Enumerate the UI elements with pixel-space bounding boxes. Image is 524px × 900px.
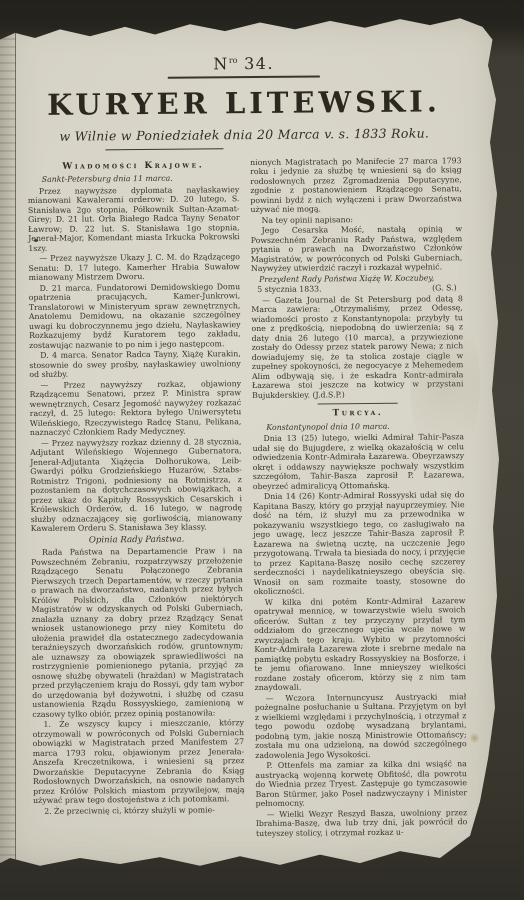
paragraph: P. Ottenfels ma zamiar za kilka dni wsią… [255, 760, 467, 809]
masthead-dateline: w Wilnie w Poniedziałek dnia 20 Marca v.… [27, 125, 461, 144]
newspaper-title: KURYER LITEWSKI. [27, 84, 461, 122]
article-columns: Wiadomości Krajowe.Sankt-Petersburg dnia… [28, 156, 468, 841]
row: 5 stycznia 1833.(G. S.) [251, 283, 463, 294]
rule [318, 403, 398, 406]
paragraph: — Przez naywyższy rozkaz, objawiony Rząd… [29, 379, 241, 438]
paragraph: W kilka dni potém Kontr-Admirał Łazarew … [254, 596, 466, 693]
age-stain [410, 304, 480, 464]
paragraph: Jego Cesarska Mość, nastałą opinią w Pow… [251, 224, 463, 273]
paragraph: — Przez naywyższy rozkaz dzienny d. 28 s… [30, 437, 242, 534]
paragraph: — Wczora Internuncyusz Austryacki miał p… [255, 692, 467, 760]
dateline-rule [106, 148, 224, 150]
right-column: nionych Magistratach po Manifecie 27 mar… [250, 156, 467, 840]
screenshot-root: { "colors": { "paper": "#d5d2c5", "ink":… [0, 0, 524, 900]
section-heading: Wiadomości Krajowe. [28, 160, 240, 173]
paragraph: 2. Że przeciwnię ci, którzy służyli w po… [33, 805, 245, 816]
signature: Prezydent Rady Państwa Xiążę W. Koczubey… [251, 273, 463, 284]
paragraph: Przez naywyższe dyplomata nayłaskawiey m… [28, 185, 240, 253]
paragraph: — Wielki Wezyr Reszyd Basza, uwolniony p… [256, 808, 468, 838]
issue-number: Nro 34. [27, 52, 461, 75]
paragraph: D. 4 marca. Senator Radca Tayny, Xiążę K… [29, 350, 241, 380]
newspaper-page: Nro 34. KURYER LITEWSKI. w Wilnie w Poni… [0, 14, 500, 870]
issue-superscript: ro [229, 56, 238, 65]
masthead-rule [168, 75, 320, 78]
paragraph: Na tey opinii napisano: [251, 214, 463, 225]
ink-speck [34, 239, 38, 242]
paragraph: nionych Magistratach po Manifecie 27 mar… [250, 156, 462, 215]
paragraph: — Przez naywyższe Ukazy J. C. M. do Rząd… [28, 253, 240, 283]
left-column: Wiadomości Krajowe.Sankt-Petersburg dnia… [28, 158, 245, 842]
age-stain [470, 732, 479, 744]
issue-letter: N [213, 54, 229, 73]
issue-digits: 34. [237, 54, 274, 73]
paragraph: D. 21 marca. Fundatorowi Demidowskiego D… [29, 282, 241, 350]
paragraph: 1. Że wszyscy kupcy i mieszczanie, którz… [32, 719, 244, 806]
dateline: Sankt-Petersburg dnia 11 marca. [28, 174, 240, 185]
paragraph: Dnia 14 (26) Kontr-Admirał Rossyyski uda… [253, 491, 465, 597]
subheading-italic: Opinia Rady Państwa. [31, 534, 243, 546]
paragraph: Rada Państwa na Departamencie Praw i na … [31, 547, 244, 720]
